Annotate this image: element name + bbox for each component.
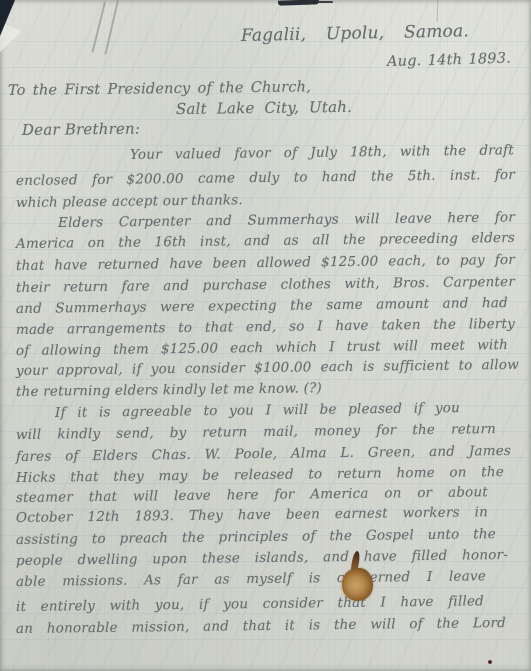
- body-line: If it is agreeable to you I will be plea…: [55, 399, 460, 422]
- date-line: Aug. 14th 1893.: [387, 50, 511, 71]
- body-line: enclosed for $200.00 came duly to hand t…: [16, 166, 515, 190]
- body-line: made arrangements to that end, so I have…: [16, 315, 515, 339]
- body-line: Elders Carpenter and Summerhays will lea…: [58, 208, 515, 232]
- letter-scan-page: Fagalii, Upolu, Samoa. Aug. 14th 1893. T…: [0, 0, 531, 671]
- body-line: Your valued favor of July 18th, with the…: [130, 141, 514, 164]
- pencil-tally-mark: [104, 0, 119, 55]
- body-line: and Summerhays were expecting the same a…: [16, 294, 508, 318]
- ink-stain: [342, 568, 373, 601]
- paper-crease: [437, 0, 439, 22]
- top-edge-ink-smudge-tail: [318, 1, 333, 3]
- body-line: which please accept our thanks.: [16, 191, 251, 212]
- recipient-line: To the First Presidency of the Church,: [8, 78, 311, 100]
- body-line: will kindly send, by return mail, money …: [16, 420, 496, 444]
- body-line: that have returned have been allowed $12…: [16, 251, 515, 275]
- place-line: Fagalii, Upolu, Samoa.: [241, 22, 469, 45]
- body-line: able missions. As far as myself is conce…: [16, 567, 486, 591]
- body-line: an honorable mission, and that it is the…: [16, 614, 506, 638]
- body-line: October 12th 1893. They have been earnes…: [16, 503, 488, 527]
- body-line: people dwelling upon these islands, and …: [16, 546, 508, 570]
- body-line: assisting to preach the principles of th…: [16, 525, 496, 549]
- salutation: Dear Brethren:: [22, 119, 168, 139]
- body-line: the returning elders kindly let me know.…: [16, 379, 356, 401]
- body-line: America on the 16th inst, and as all the…: [16, 229, 515, 253]
- body-line: your approval, if you consider $100.00 e…: [16, 356, 519, 380]
- stain-speck: [488, 660, 492, 664]
- pencil-tally-mark: [91, 2, 106, 53]
- recipient-city-line: Salt Lake City, Utah.: [176, 98, 352, 118]
- body-line: their return fare and purchase clothes w…: [16, 273, 515, 297]
- body-line: fares of Elders Chas. W. Poole, Alma L. …: [16, 442, 511, 466]
- top-edge-ink-smudge: [278, 0, 319, 6]
- body-line: it entirely with you, if you consider th…: [16, 592, 484, 616]
